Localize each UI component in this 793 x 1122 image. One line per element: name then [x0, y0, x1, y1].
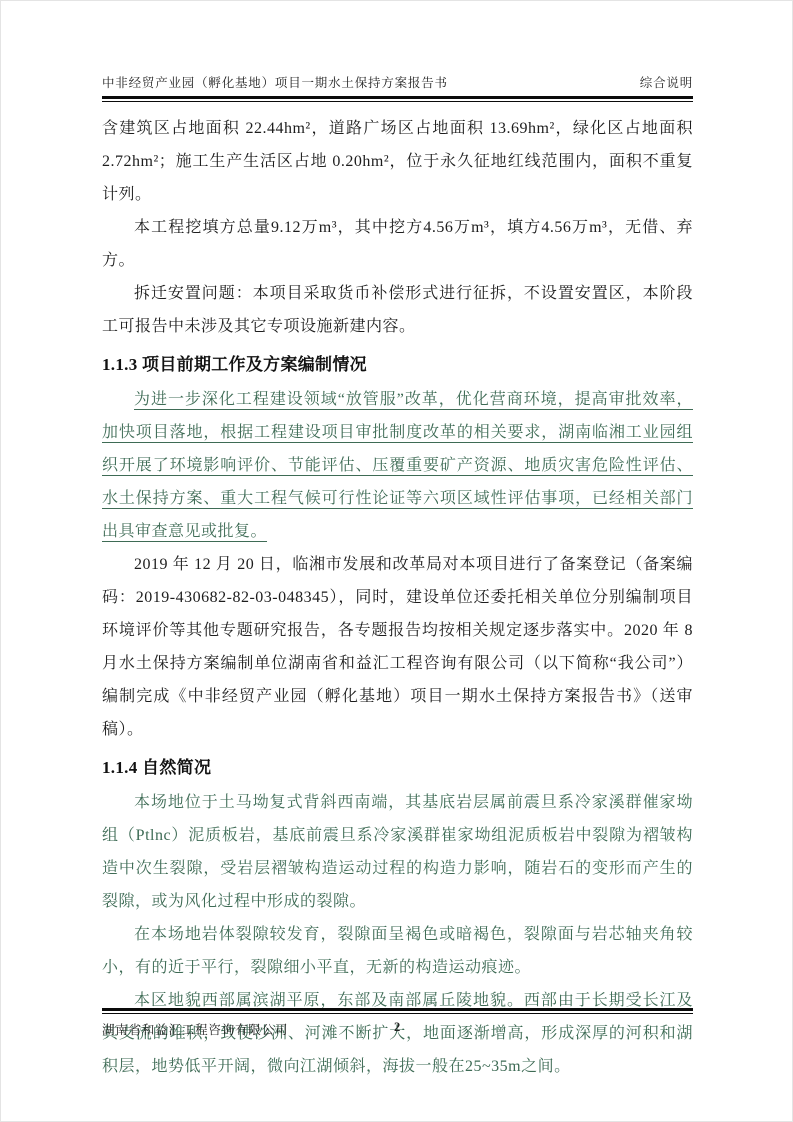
document-page: 中非经贸产业园（孵化基地）项目一期水土保持方案报告书 综合说明 含建筑区占地面积… [0, 0, 793, 1122]
paragraph-rock-fissures: 在本场地岩体裂隙较发育，裂隙面呈褐色或暗褐色，裂隙面与岩芯轴夹角较小，有的近于平… [102, 918, 693, 984]
header-section-label: 综合说明 [640, 73, 693, 91]
paragraph-landuse-areas: 含建筑区占地面积 22.44hm²，道路广场区占地面积 13.69hm²，绿化区… [102, 112, 693, 211]
paragraph-reform-evaluations: 为进一步深化工程建设领域“放管服”改革，优化营商环境，提高审批效率，加快项目落地… [102, 383, 693, 548]
header-doc-title: 中非经贸产业园（孵化基地）项目一期水土保持方案报告书 [102, 73, 448, 91]
section-heading-1-1-3: 1.1.3 项目前期工作及方案编制情况 [102, 348, 693, 381]
footer-rule [102, 1008, 693, 1014]
page-header: 中非经贸产业园（孵化基地）项目一期水土保持方案报告书 综合说明 [102, 73, 693, 102]
paragraph-resettlement: 拆迁安置问题：本项目采取货币补偿形式进行征拆，不设置安置区，本阶段工可报告中未涉… [102, 277, 693, 343]
page-number: 2 [102, 1020, 693, 1035]
header-rule [102, 96, 693, 102]
paragraph-site-geology: 本场地位于土马坳复式背斜西南端，其基底岩层属前震旦系冷家溪群催家坳组（Ptlnc… [102, 786, 693, 918]
document-body: 含建筑区占地面积 22.44hm²，道路广场区占地面积 13.69hm²，绿化区… [102, 112, 693, 1083]
paragraph-filing-record: 2019 年 12 月 20 日，临湘市发展和改革局对本项目进行了备案登记（备案… [102, 548, 693, 746]
paragraph-earthwork: 本工程挖填方总量9.12万m³，其中挖方4.56万m³，填方4.56万m³，无借… [102, 211, 693, 277]
page-footer: 湖南省和益汇工程咨询有限公司 2 [102, 1008, 693, 1038]
section-heading-1-1-4: 1.1.4 自然简况 [102, 751, 693, 784]
